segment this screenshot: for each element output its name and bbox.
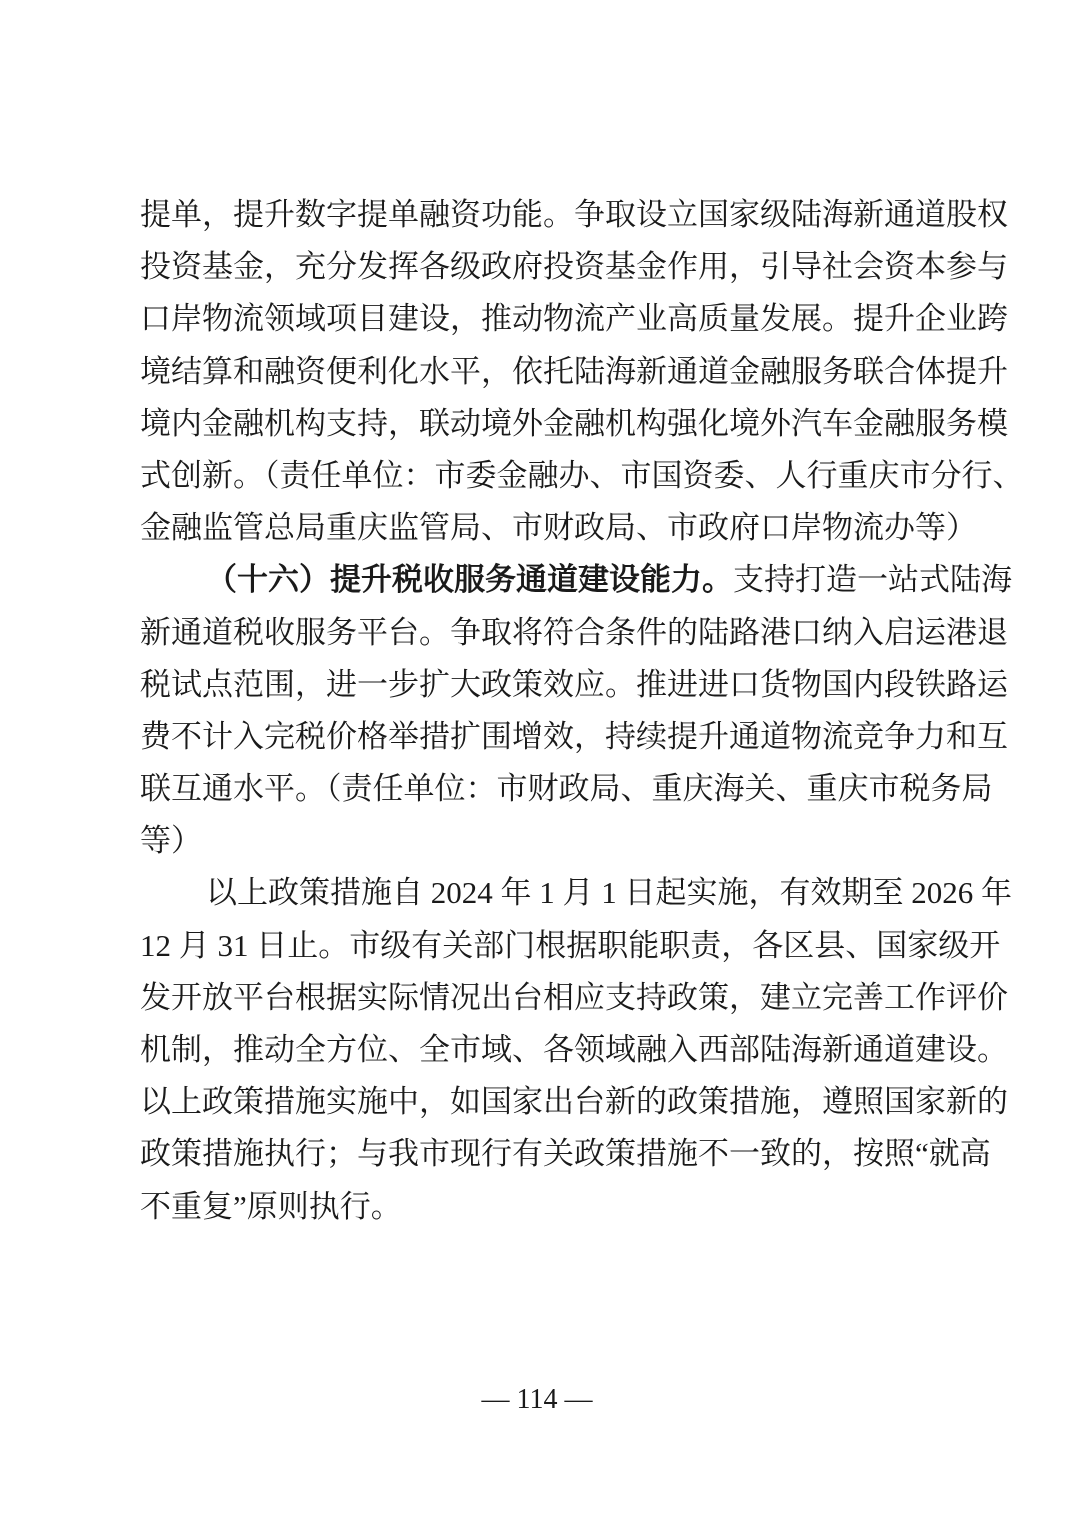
paragraph-line: 口岸物流领域项目建设，推动物流产业高质量发展。提升企业跨 — [140, 293, 938, 345]
paragraph-line: 政策措施执行；与我市现行有关政策措施不一致的，按照“就高 — [140, 1128, 938, 1180]
responsibility-units: 等） — [140, 815, 938, 867]
paragraph-line: 以上政策措施自 2024 年 1 月 1 日起实施，有效期至 2026 年 — [140, 867, 938, 919]
paragraph-line-mixed: 式创新。（责任单位：市委金融办、市国资委、人行重庆市分行、 — [140, 450, 938, 502]
paragraph-line: 境结算和融资便利化水平，依托陆海新通道金融服务联合体提升 — [140, 346, 938, 398]
section-heading: （十六）提升税收服务通道建设能力。 — [206, 562, 733, 598]
document-page: 提单，提升数字提单融资功能。争取设立国家级陆海新通道股权 投资基金，充分发挥各级… — [0, 0, 1074, 1520]
paragraph-line: 不重复”原则执行。 — [140, 1181, 938, 1233]
responsibility-units: 金融监管总局重庆监管局、市财政局、市政府口岸物流办等） — [140, 502, 938, 554]
paragraph-line: 以上政策措施实施中，如国家出台新的政策措施，遵照国家新的 — [140, 1076, 938, 1128]
paragraph-line: 机制，推动全方位、全市域、各领域融入西部陆海新通道建设。 — [140, 1024, 938, 1076]
paragraph-line-mixed: 联互通水平。（责任单位：市财政局、重庆海关、重庆市税务局 — [140, 763, 938, 815]
page-number: — 114 — — [0, 1384, 1074, 1416]
body-text: 支持打造一站式陆海 — [733, 562, 1012, 597]
section-heading-line: （十六）提升税收服务通道建设能力。支持打造一站式陆海 — [140, 554, 938, 606]
paragraph-line: 境内金融机构支持，联动境外金融机构强化境外汽车金融服务模 — [140, 398, 938, 450]
responsibility-units: （责任单位：市财政局、重庆海关、重庆市税务局 — [326, 771, 993, 807]
paragraph-line: 投资基金，充分发挥各级政府投资基金作用，引导社会资本参与 — [140, 241, 938, 293]
body-text: 联互通水平。 — [140, 771, 326, 806]
document-body: 提单，提升数字提单融资功能。争取设立国家级陆海新通道股权 投资基金，充分发挥各级… — [140, 189, 938, 1233]
paragraph-line: 费不计入完税价格举措扩围增效，持续提升通道物流竞争力和互 — [140, 711, 938, 763]
paragraph-line: 税试点范围，进一步扩大政策效应。推进进口货物国内段铁路运 — [140, 659, 938, 711]
paragraph-line: 提单，提升数字提单融资功能。争取设立国家级陆海新通道股权 — [140, 189, 938, 241]
body-text: 式创新。 — [140, 458, 264, 493]
paragraph-line: 新通道税收服务平台。争取将符合条件的陆路港口纳入启运港退 — [140, 607, 938, 659]
responsibility-units: （责任单位：市委金融办、市国资委、人行重庆市分行、 — [264, 458, 1024, 494]
paragraph-line: 发开放平台根据实际情况出台相应支持政策，建立完善工作评价 — [140, 972, 938, 1024]
paragraph-line: 12 月 31 日止。市级有关部门根据职能职责，各区县、国家级开 — [140, 920, 938, 972]
